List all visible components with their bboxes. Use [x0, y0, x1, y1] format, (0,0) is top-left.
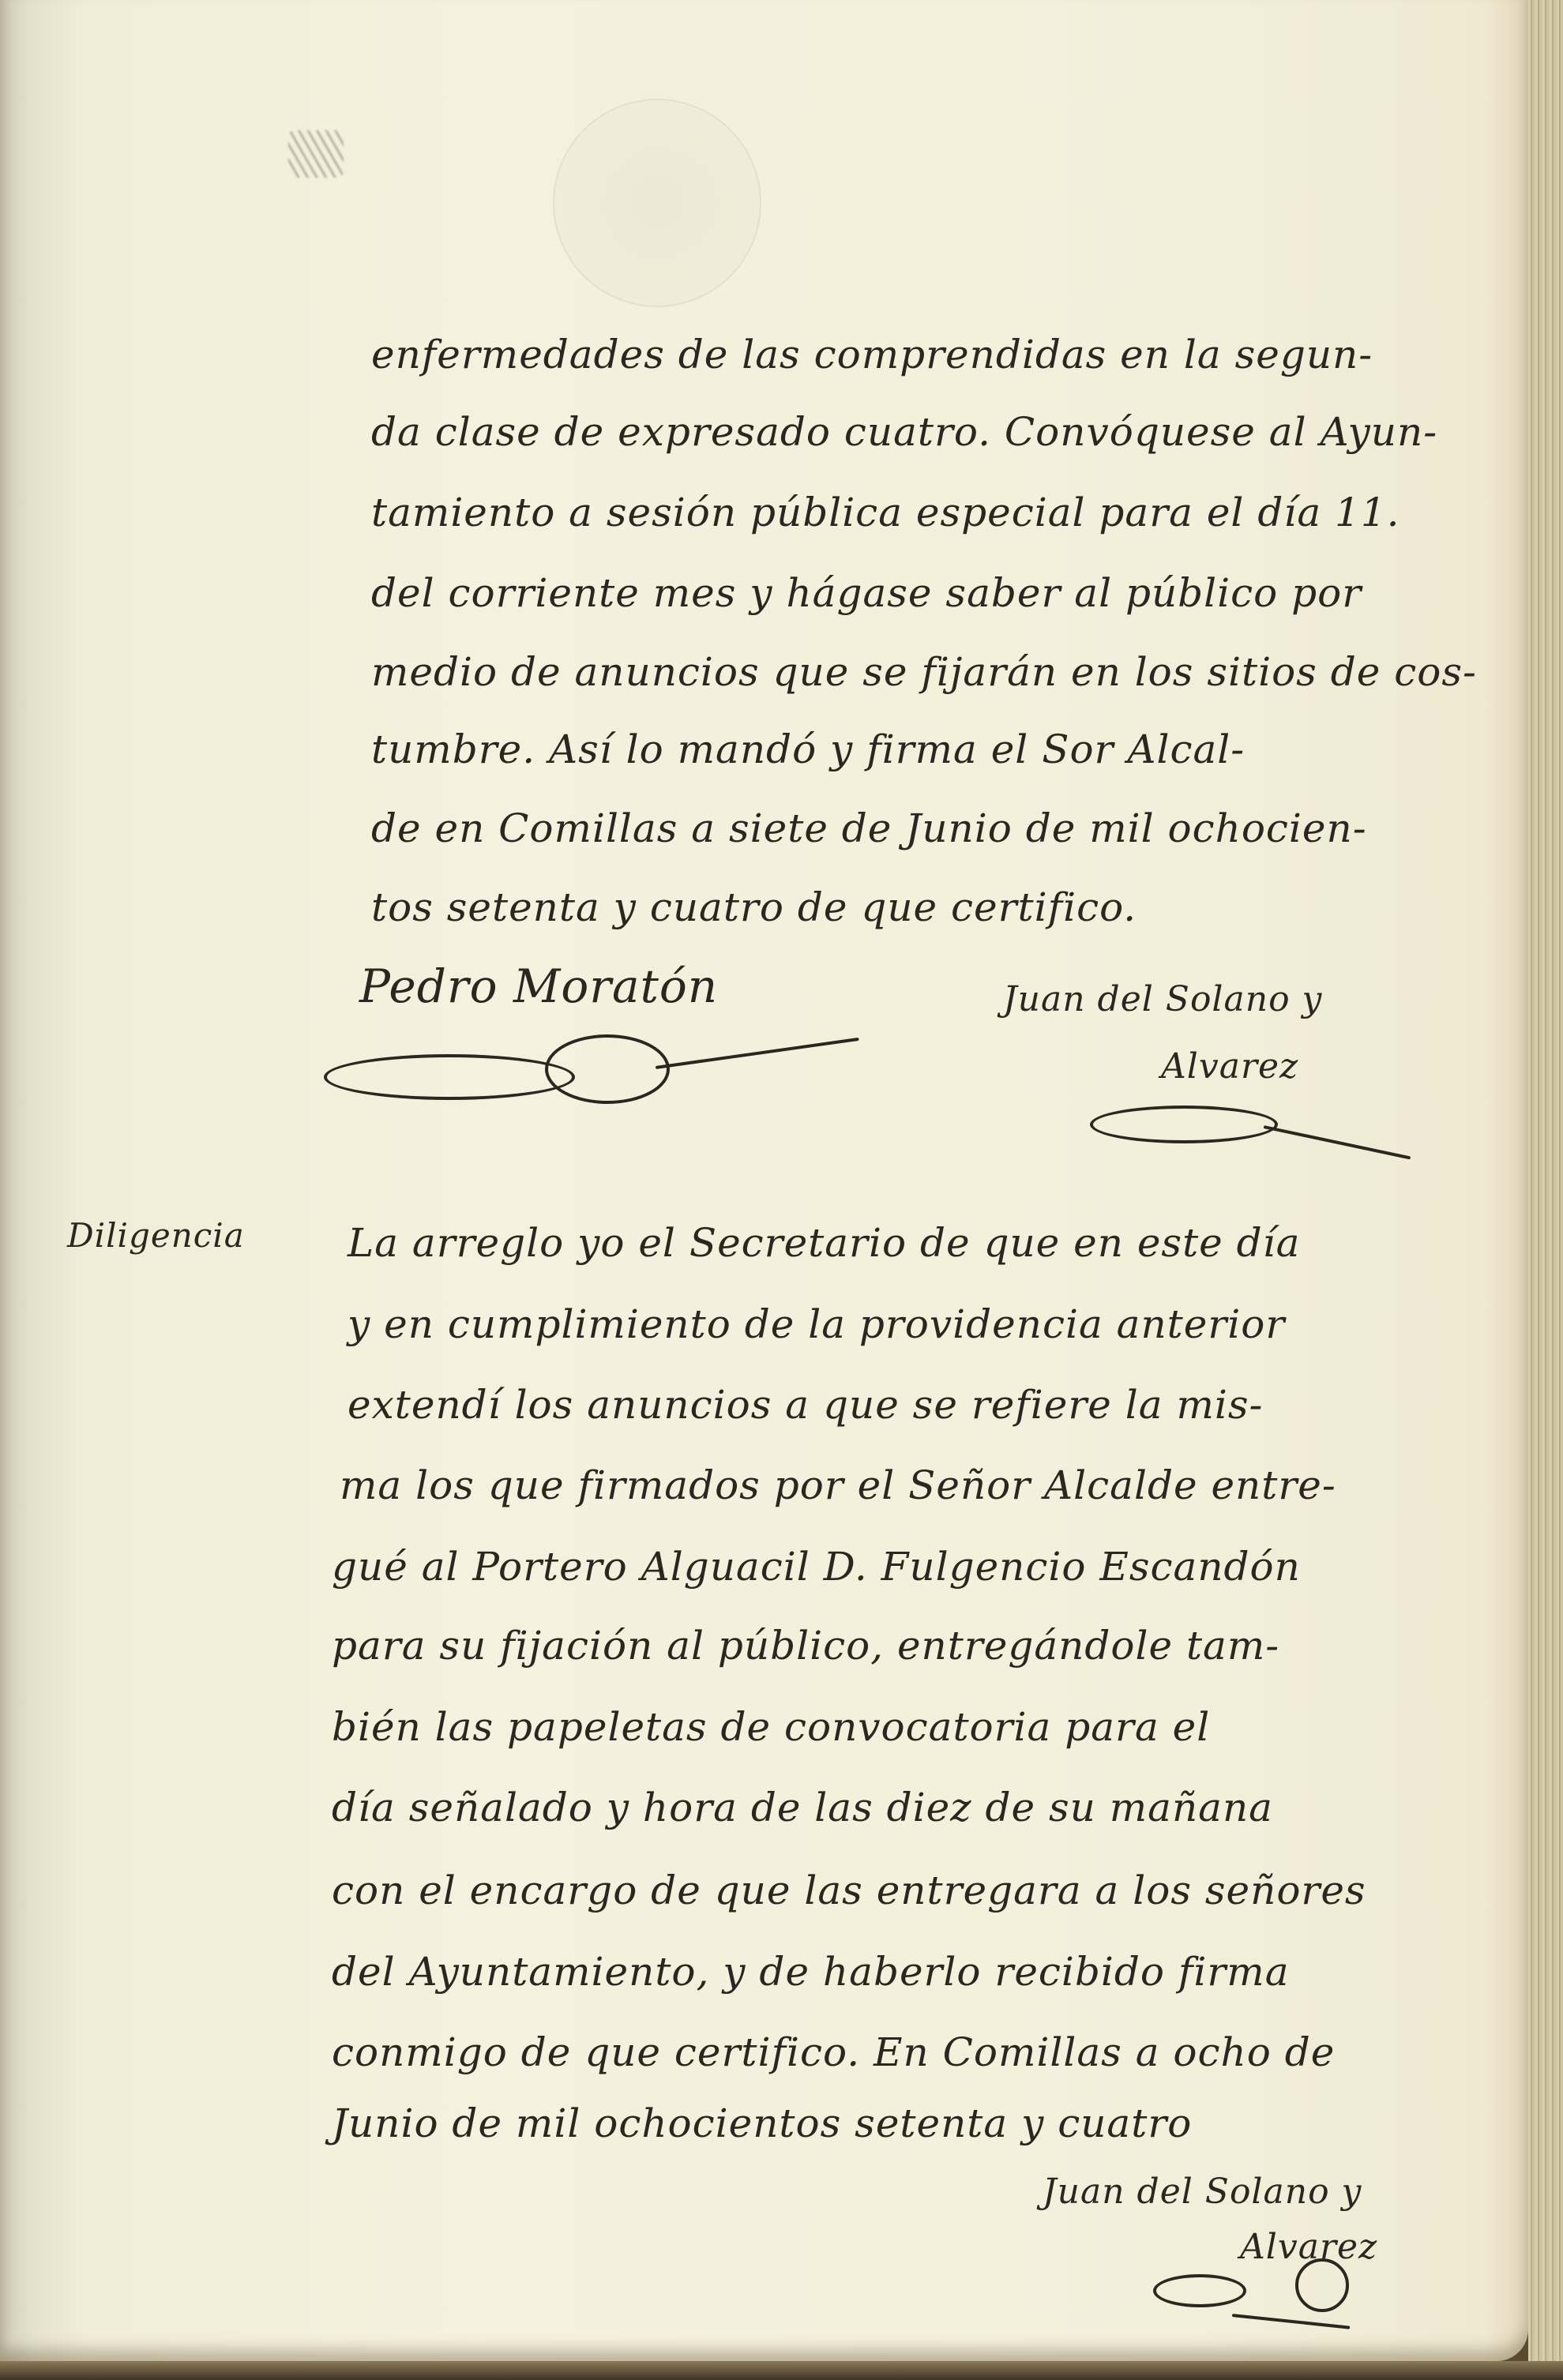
text-line: gué al Portero Alguacil D. Fulgencio Esc… [332, 1544, 1301, 1590]
rubric-stroke [1232, 2314, 1351, 2329]
rubric-stroke [1264, 1125, 1411, 1159]
text-line: da clase de expresado cuatro. Convóquese… [371, 409, 1437, 455]
page-edges [1528, 0, 1563, 2380]
text-line: del corriente mes y hágase saber al públ… [371, 570, 1362, 616]
signature-mayor: Pedro Moratón [359, 959, 718, 1013]
text-line: con el encargo de que las entregara a lo… [332, 1868, 1366, 1913]
rubric-flourish [1295, 2258, 1349, 2312]
text-line: para su fijación al público, entregándol… [332, 1623, 1279, 1669]
faded-seal-stamp [553, 99, 761, 307]
text-line: medio de anuncios que se fijarán en los … [371, 649, 1477, 695]
margin-label-diligencia: Diligencia [67, 1216, 245, 1255]
signature-secretary-line1: Juan del Solano y [1003, 979, 1322, 1019]
text-line: enfermedades de las comprendidas en la s… [371, 332, 1373, 377]
rubric-flourish [545, 1034, 670, 1104]
text-line: y en cumplimiento de la providencia ante… [348, 1301, 1285, 1347]
text-line: extendí los anuncios a que se refiere la… [348, 1382, 1263, 1428]
text-line: La arreglo yo el Secretario de que en es… [348, 1220, 1300, 1266]
rubric-flourish [1090, 1106, 1278, 1143]
signature-secretary-line1: Juan del Solano y [1043, 2172, 1362, 2212]
rubric-stroke [656, 1038, 859, 1069]
text-line: del Ayuntamiento, y de haberlo recibido … [332, 1949, 1290, 1995]
text-line: ma los que firmados por el Señor Alcalde… [340, 1462, 1336, 1508]
rubric-flourish [324, 1054, 575, 1100]
text-line: de en Comillas a siete de Junio de mil o… [371, 805, 1367, 851]
text-line: bién las papeletas de convocatoria para … [332, 1704, 1210, 1750]
book-bottom-shadow [0, 2361, 1563, 2380]
text-line: tumbre. Así lo mandó y firma el Sor Alca… [371, 726, 1245, 772]
ink-smudge [288, 130, 344, 178]
text-line: tamiento a sesión pública especial para … [371, 490, 1400, 535]
rubric-flourish [1153, 2274, 1246, 2307]
manuscript-page: enfermedades de las comprendidas en la s… [0, 0, 1528, 2361]
text-line: Junio de mil ochocientos setenta y cuatr… [332, 2100, 1192, 2146]
signature-secretary-line2: Alvarez [1161, 1046, 1298, 1087]
text-line: tos setenta y cuatro de que certifico. [371, 884, 1137, 930]
text-line: conmigo de que certifico. En Comillas a … [332, 2029, 1335, 2075]
text-line: día señalado y hora de las diez de su ma… [332, 1785, 1273, 1830]
